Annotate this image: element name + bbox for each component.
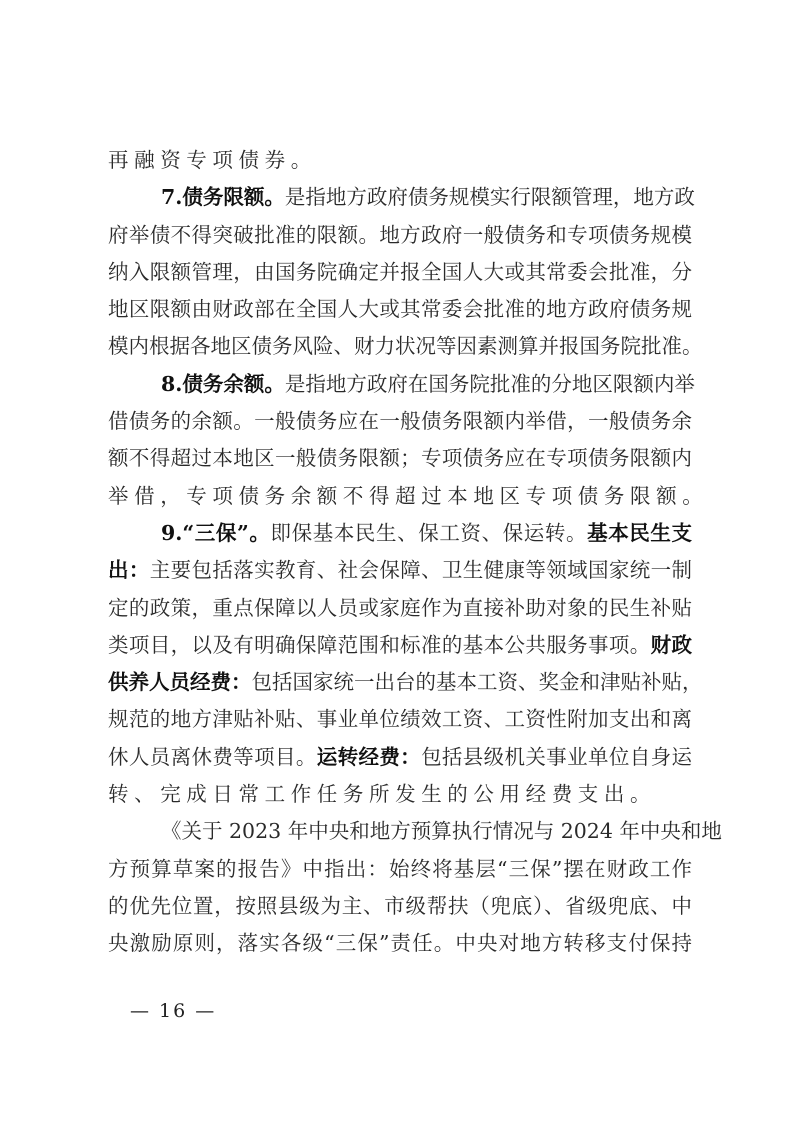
bold-term: 基本民生支 bbox=[587, 521, 692, 545]
text-line: 《关于 2023 年中央和地方预算执行情况与 2024 年中央和地 bbox=[108, 813, 692, 850]
text-line: 府举债不得突破批准的限额。地方政府一般债务和专项债务规模 bbox=[108, 217, 692, 254]
text-line: 地区限额由财政部在全国人大或其常委会批准的地方政府债务规 bbox=[108, 291, 692, 328]
text-line: 类项目，以及有明确保障范围和标准的基本公共服务事项。财政 bbox=[108, 627, 692, 664]
bold-term: 财政 bbox=[651, 633, 692, 657]
text-line: 再融资专项债券。 bbox=[108, 142, 692, 179]
text-line: 央激励原则，落实各级“三保”责任。中央对地方转移支付保持 bbox=[108, 925, 692, 962]
bold-term: 7.债务限额。 bbox=[161, 185, 285, 209]
text-line: 借债务的余额。一般债务应在一般债务限额内举借，一般债务余 bbox=[108, 403, 692, 440]
text-line: 定的政策，重点保障以人员或家庭作为直接补助对象的民生补贴 bbox=[108, 590, 692, 627]
text-run: 举借，专项债务余额不得超过本地区专项债务限额。 bbox=[108, 484, 708, 508]
text-line: 8.债务余额。是指地方政府在国务院批准的分地区限额内举 bbox=[108, 366, 692, 403]
text-run: 是指地方政府在国务院批准的分地区限额内举 bbox=[285, 372, 695, 396]
text-run: 借债务的余额。一般债务应在一般债务限额内举借，一般债务余 bbox=[108, 409, 692, 433]
text-line: 规范的地方津贴补贴、事业单位绩效工资、工资性附加支出和离 bbox=[108, 701, 692, 738]
document-page: 再融资专项债券。7.债务限额。是指地方政府债务规模实行限额管理，地方政府举债不得… bbox=[0, 0, 792, 1121]
text-run: 包括国家统一出台的基本工资、奖金和津贴补贴， bbox=[252, 670, 703, 694]
text-run: 地区限额由财政部在全国人大或其常委会批准的地方政府债务规 bbox=[108, 297, 692, 321]
text-run: 方预算草案的报告》中指出：始终将基层“三保”摆在财政工作 bbox=[108, 857, 692, 881]
text-run: 模内根据各地区债务风险、财力状况等因素测算并报国务院批准。 bbox=[108, 334, 703, 358]
document-body: 再融资专项债券。7.债务限额。是指地方政府债务规模实行限额管理，地方政府举债不得… bbox=[108, 142, 692, 963]
text-run: 纳入限额管理，由国务院确定并报全国人大或其常委会批准，分 bbox=[108, 260, 692, 284]
text-run: 转、完成日常工作任务所发生的公用经费支出。 bbox=[108, 782, 656, 806]
text-run: 再融资专项债券。 bbox=[108, 148, 317, 172]
text-line: 转、完成日常工作任务所发生的公用经费支出。 bbox=[108, 776, 692, 813]
text-run: 的优先位置，按照县级为主、市级帮扶（兜底）、省级兜底、中 bbox=[108, 894, 692, 918]
text-run: 是指地方政府债务规模实行限额管理，地方政 bbox=[285, 185, 695, 209]
text-run: 休人员离休费等项目。 bbox=[108, 745, 317, 769]
text-line: 9.“三保”。即保基本民生、保工资、保运转。基本民生支 bbox=[108, 515, 692, 552]
text-line: 休人员离休费等项目。运转经费：包括县级机关事业单位自身运 bbox=[108, 739, 692, 776]
bold-term: 8.债务余额。 bbox=[161, 372, 285, 396]
text-line: 举借，专项债务余额不得超过本地区专项债务限额。 bbox=[108, 478, 692, 515]
text-line: 出：主要包括落实教育、社会保障、卫生健康等领域国家统一制 bbox=[108, 552, 692, 589]
text-line: 7.债务限额。是指地方政府债务规模实行限额管理，地方政 bbox=[108, 179, 692, 216]
bold-term: 9.“三保”。 bbox=[161, 521, 271, 545]
text-line: 纳入限额管理，由国务院确定并报全国人大或其常委会批准，分 bbox=[108, 254, 692, 291]
text-line: 额不得超过本地区一般债务限额；专项债务应在专项债务限额内 bbox=[108, 440, 692, 477]
text-line: 模内根据各地区债务风险、财力状况等因素测算并报国务院批准。 bbox=[108, 328, 692, 365]
text-run: 主要包括落实教育、社会保障、卫生健康等领域国家统一制 bbox=[150, 558, 692, 582]
bold-term: 出： bbox=[108, 558, 150, 582]
text-line: 方预算草案的报告》中指出：始终将基层“三保”摆在财政工作 bbox=[108, 851, 692, 888]
bold-term: 供养人员经费： bbox=[108, 670, 252, 694]
text-run: 府举债不得突破批准的限额。地方政府一般债务和专项债务规模 bbox=[108, 223, 692, 247]
text-line: 供养人员经费：包括国家统一出台的基本工资、奖金和津贴补贴， bbox=[108, 664, 692, 701]
text-run: 即保基本民生、保工资、保运转。 bbox=[271, 521, 588, 545]
text-run: 央激励原则，落实各级“三保”责任。中央对地方转移支付保持 bbox=[108, 931, 692, 955]
text-run: 规范的地方津贴补贴、事业单位绩效工资、工资性附加支出和离 bbox=[108, 707, 692, 731]
text-run: 类项目，以及有明确保障范围和标准的基本公共服务事项。 bbox=[108, 633, 651, 657]
bold-term: 运转经费： bbox=[317, 745, 421, 769]
page-number: — 16 — bbox=[130, 1000, 216, 1022]
text-run: 额不得超过本地区一般债务限额；专项债务应在专项债务限额内 bbox=[108, 446, 692, 470]
text-run: 定的政策，重点保障以人员或家庭作为直接补助对象的民生补贴 bbox=[108, 596, 692, 620]
text-run: 《关于 2023 年中央和地方预算执行情况与 2024 年中央和地 bbox=[161, 819, 722, 843]
text-line: 的优先位置，按照县级为主、市级帮扶（兜底）、省级兜底、中 bbox=[108, 888, 692, 925]
text-run: 包括县级机关事业单位自身运 bbox=[421, 745, 692, 769]
